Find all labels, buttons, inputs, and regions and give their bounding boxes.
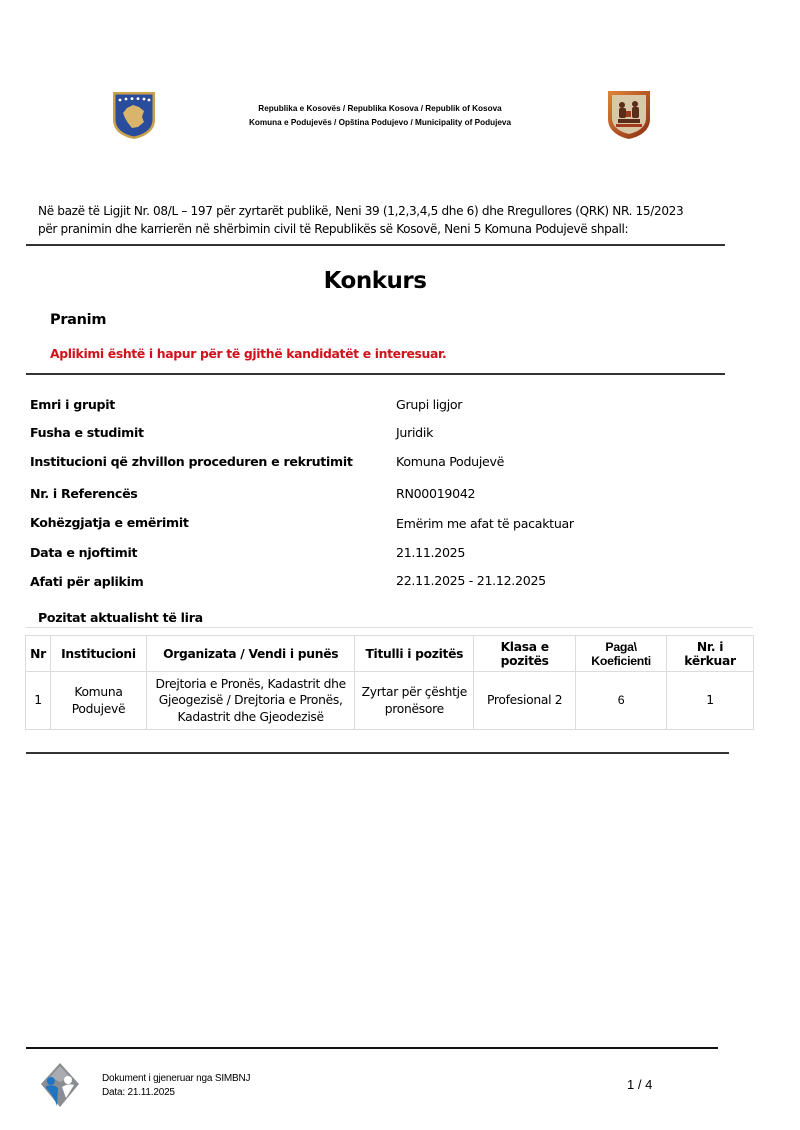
intro-line-1: Në bazë të Ligjit Nr. 08/L – 197 për zyr…: [38, 202, 738, 220]
field-label-notice-date: Data e njoftimit: [30, 545, 137, 560]
field-value-notice-date: 21.11.2025: [396, 545, 465, 560]
field-value-application-deadline: 22.11.2025 - 21.12.2025: [396, 573, 546, 588]
government-header: Republika e Kosovës / Republika Kosova /…: [200, 102, 560, 130]
page-title: Konkurs: [0, 268, 750, 294]
table-header-row: Nr Institucioni Organizata / Vendi i pun…: [26, 636, 754, 672]
legal-basis-intro: Në bazë të Ligjit Nr. 08/L – 197 për zyr…: [38, 202, 738, 238]
footer-info: Dokument i gjeneruar nga SIMBNJ Data: 21…: [102, 1072, 250, 1100]
vacant-positions-title: Pozitat aktualisht të lira: [38, 610, 203, 625]
generated-date-text: Data: 21.11.2025: [102, 1086, 250, 1100]
cell-pay-coefficient: 6: [576, 672, 667, 730]
cell-organization: Drejtoria e Pronës, Kadastrit dhe Gjeoge…: [146, 672, 355, 730]
column-header-institution: Institucioni: [50, 636, 146, 672]
column-header-position-class: Klasa e pozitës: [474, 636, 576, 672]
field-value-appointment-duration: Emërim me afat të pacaktuar: [396, 516, 574, 531]
footer-divider: [26, 1047, 718, 1049]
pay-header-text: Paga\ Koeficienti: [586, 640, 656, 668]
cell-institution: Komuna Podujevë: [50, 672, 146, 730]
column-header-organization: Organizata / Vendi i punës: [146, 636, 355, 672]
divider: [26, 752, 729, 754]
field-value-field-of-study: Juridik: [396, 425, 433, 440]
field-value-reference-number: RN00019042: [396, 486, 475, 501]
podujeva-coat-of-arms-icon: [606, 89, 652, 139]
field-value-institution: Komuna Podujevë: [396, 454, 504, 469]
simbnj-logo-icon: [40, 1062, 80, 1108]
column-header-position-title: Titulli i pozitës: [355, 636, 474, 672]
divider: [26, 244, 725, 246]
field-label-application-deadline: Afati për aplikim: [30, 574, 143, 589]
page-number: 1 / 4: [627, 1077, 652, 1092]
field-label-group-name: Emri i grupit: [30, 397, 115, 412]
field-label-field-of-study: Fusha e studimit: [30, 425, 144, 440]
divider: [26, 373, 725, 375]
open-application-notice: Aplikimi është i hapur për të gjithë kan…: [50, 346, 446, 361]
field-label-reference-number: Nr. i Referencës: [30, 486, 138, 501]
intro-line-2: për pranimin dhe karrierën në shërbimin …: [38, 220, 738, 238]
header-line-2: Komuna e Podujevës / Opština Podujevo / …: [200, 116, 560, 130]
subtitle: Pranim: [50, 312, 106, 328]
field-label-appointment-duration: Kohëzgjatja e emërimit: [30, 515, 189, 530]
column-header-nr: Nr: [26, 636, 51, 672]
vacant-positions-table: Nr Institucioni Organizata / Vendi i pun…: [25, 635, 754, 730]
column-header-required-number: Nr. i kërkuar: [667, 636, 754, 672]
cell-required-number: 1: [667, 672, 754, 730]
cell-position-title: Zyrtar për çështje pronësore: [355, 672, 474, 730]
cell-nr: 1: [26, 672, 51, 730]
kosovo-coat-of-arms-icon: [111, 90, 157, 140]
table-row: 1 Komuna Podujevë Drejtoria e Pronës, Ka…: [26, 672, 754, 730]
cell-position-class: Profesional 2: [474, 672, 576, 730]
section-divider: [26, 627, 753, 628]
column-header-pay-coefficient: Paga\ Koeficienti: [576, 636, 667, 672]
field-value-group-name: Grupi ligjor: [396, 397, 462, 412]
generated-by-text: Dokument i gjeneruar nga SIMBNJ: [102, 1072, 250, 1086]
header-line-1: Republika e Kosovës / Republika Kosova /…: [200, 102, 560, 116]
field-label-institution: Institucioni që zhvillon proceduren e re…: [30, 454, 353, 469]
